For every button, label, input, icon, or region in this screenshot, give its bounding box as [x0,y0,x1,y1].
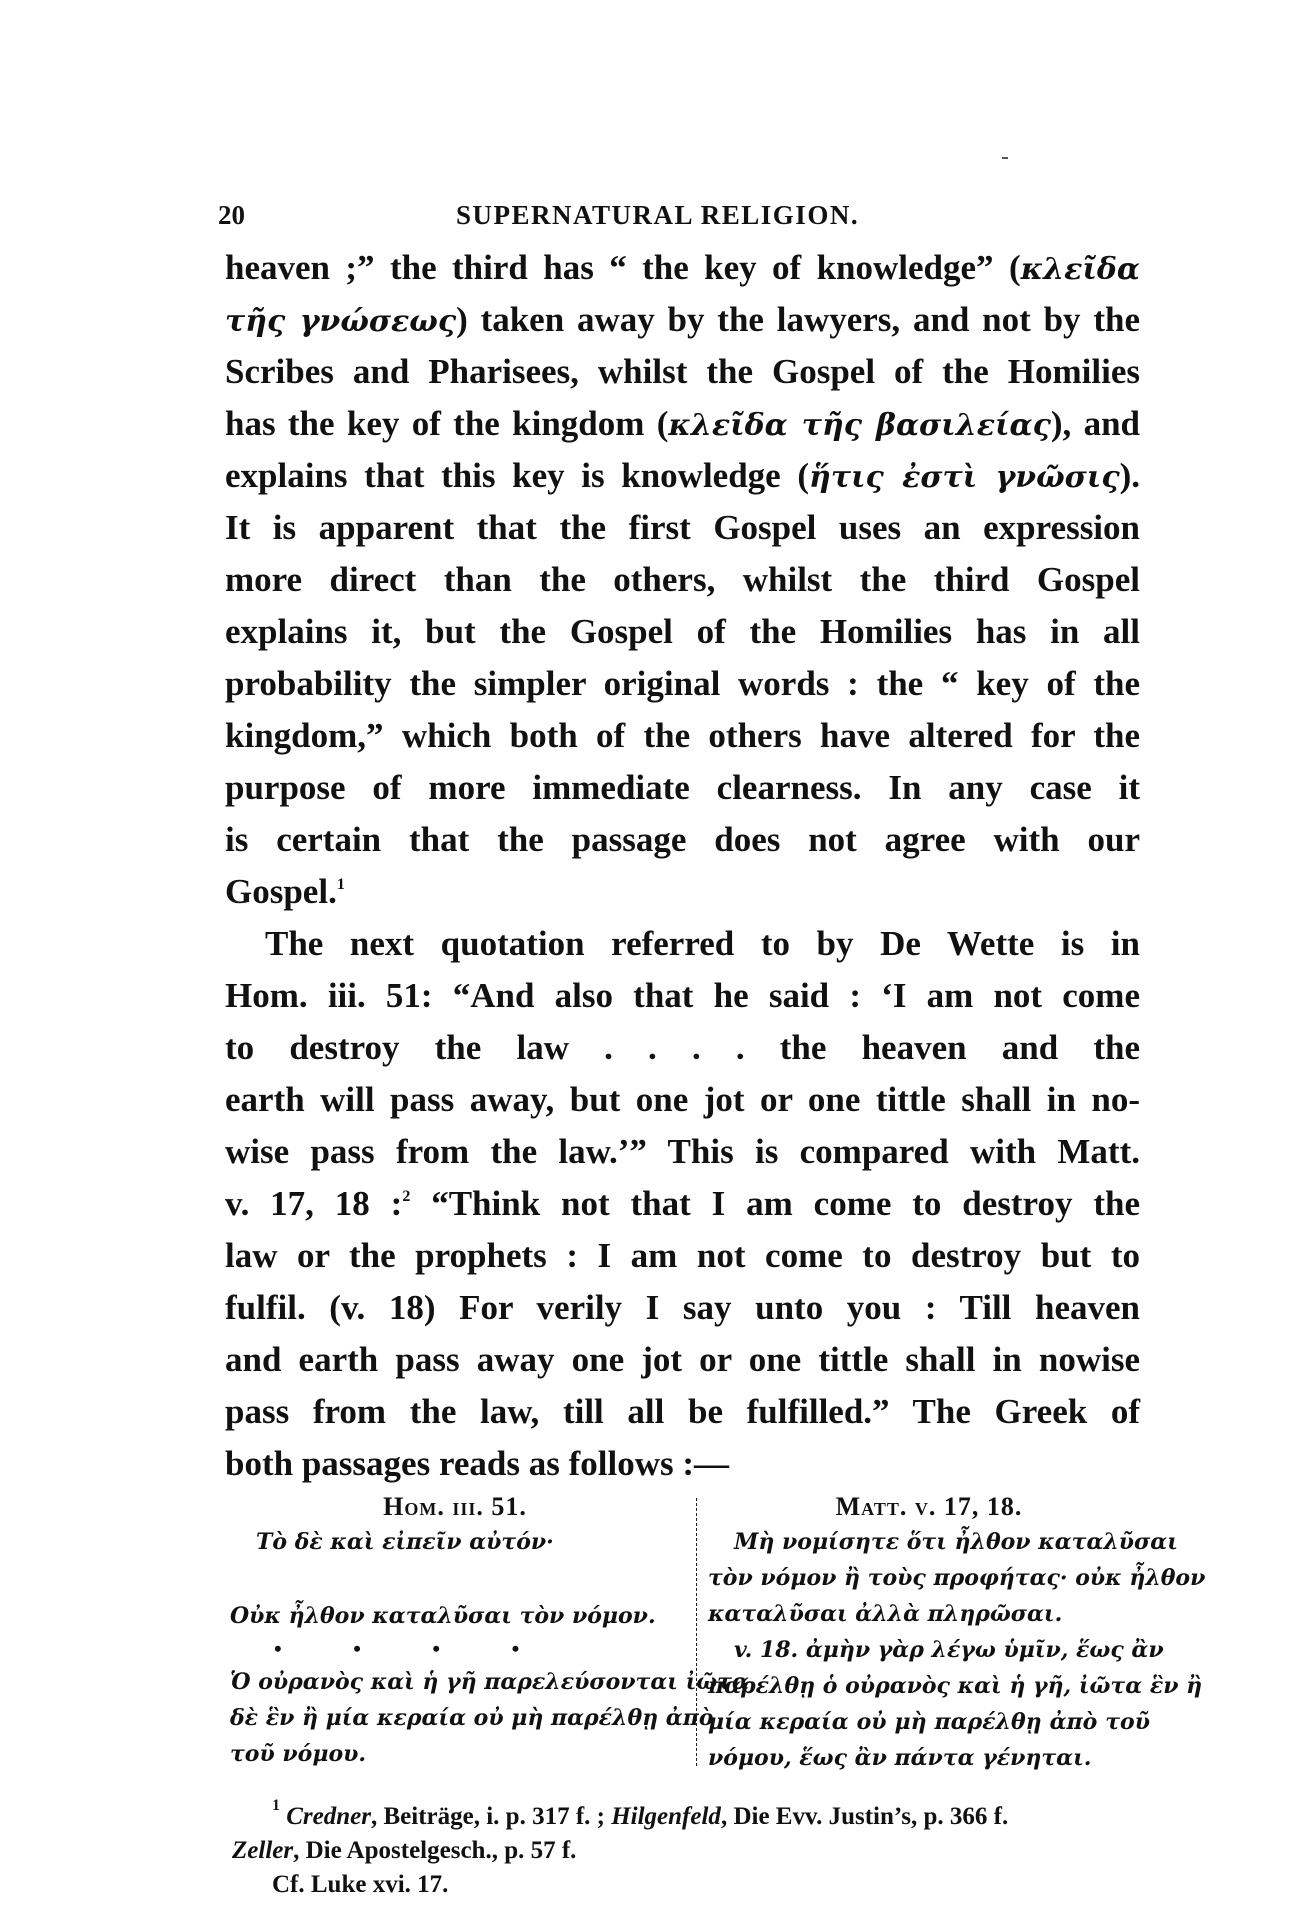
text-run: fulfil. (v. 18) For verily I say unto yo… [225,1288,1140,1327]
text-run: and earth pass away one jot or one tittl… [225,1340,1140,1379]
body-text: heaven ;” the third has “ the key of kno… [225,242,1140,1490]
text-run: kingdom,” which both of the others have … [225,716,1140,755]
text-run: heaven ;” the third has “ the key of kno… [225,248,1021,287]
greek-text: κλεῖδα [1021,252,1140,287]
greek-line: νόμου, ἕως ἂν πάντα γένηται. [708,1740,1150,1776]
scan-speck [1002,157,1008,159]
footnote-2: Cf. Luke xvi. 17. [232,1868,1152,1902]
text-line: heaven ;” the third has “ the key of kno… [225,242,1140,294]
text-run: It is apparent that the first Gospel use… [225,508,1140,547]
text-run: law or the prophets : I am not come to d… [225,1236,1140,1275]
column-divider [696,1498,698,1766]
text-line: explains it, but the Gospel of the Homil… [225,606,1140,658]
text-line: pass from the law, till all be fulfilled… [225,1386,1140,1438]
text-line: more direct than the others, whilst the … [225,554,1140,606]
greek-text: ἥτις ἐστὶ γνῶσις [809,460,1120,495]
text-line: and earth pass away one jot or one tittl… [225,1334,1140,1386]
greek-line: μία κεραία οὐ μὴ παρέλθῃ ἀπὸ τοῦ [708,1704,1150,1740]
greek-text: τῆς γνώσεως [225,304,456,339]
column-heading: Hom. iii. 51. [230,1490,680,1524]
text-run: Hom. iii. 51: “And also that he said : ‘… [225,976,1140,1015]
text-run: pass from the law, till all be fulfilled… [225,1392,1140,1431]
greek-line: Ὁ οὐρανὸς καὶ ἡ γῆ παρελεύσονται ἰῶτα [230,1664,680,1700]
text-run: explains that this key is knowledge ( [225,456,809,495]
text-line: probability the simpler original words :… [225,658,1140,710]
footnote-1-continued: Zeller, Die Apostelgesch., p. 57 f. [232,1834,1152,1868]
footnote-1: 1 Credner, Beiträge, i. p. 317 f. ; Hilg… [232,1800,1152,1834]
greek-line: δὲ ἓν ἢ μία κεραία οὐ μὴ παρέλθῃ ἀπὸ [230,1700,680,1736]
text-run: more direct than the others, whilst the … [225,560,1140,599]
text-line: Hom. iii. 51: “And also that he said : ‘… [225,970,1140,1022]
running-title: SUPERNATURAL RELIGION. [456,200,859,231]
text-line: Scribes and Pharisees, whilst the Gospel… [225,346,1140,398]
text-run: is certain that the passage does not agr… [225,820,1140,859]
text-line: τῆς γνώσεως) taken away by the lawyers, … [225,294,1140,346]
greek-line: Οὐκ ἦλθον καταλῦσαι τὸν νόμον. [230,1598,680,1634]
greek-line: καταλῦσαι ἀλλὰ πληρῶσαι. [708,1596,1150,1632]
text-run: to destroy the law . . . . the heaven an… [225,1028,1140,1067]
text-line: to destroy the law . . . . the heaven an… [225,1022,1140,1074]
text-line: purpose of more immediate clearness. In … [225,762,1140,814]
author-name: Zeller [232,1837,293,1864]
greek-line: Τὸ δὲ καὶ εἰπεῖν αὐτόν· [230,1524,680,1560]
text-run: has the key of the kingdom ( [225,404,668,443]
text-run: both passages reads as follows :— [225,1444,729,1483]
citation: , Die Evv. Justin’s, p. 366 f. [721,1803,1008,1830]
footnotes: 1 Credner, Beiträge, i. p. 317 f. ; Hilg… [232,1800,1152,1902]
greek-line: τοῦ νόμου. [230,1736,680,1772]
text-run: Scribes and Pharisees, whilst the Gospel… [225,352,1140,391]
text-run: ), and [1051,404,1140,443]
text-run: explains it, but the Gospel of the Homil… [225,612,1140,651]
greek-line: v. 18. ἀμὴν γὰρ λέγω ὑμῖν, ἕως ἂν [708,1632,1150,1668]
text-run: ) taken away by the lawyers, and not by … [456,300,1140,339]
greek-comparison: Hom. iii. 51. Τὸ δὲ καὶ εἰπεῖν αὐτόν· Οὐ… [230,1490,1150,1770]
text-run: probability the simpler original words :… [225,664,1140,703]
text-line: is certain that the passage does not agr… [225,814,1140,866]
text-line: explains that this key is knowledge (ἥτι… [225,450,1140,502]
page-number: 20 [218,200,245,231]
text-line: has the key of the kingdom (κλεῖδα τῆς β… [225,398,1140,450]
text-line: Gospel.1 [225,866,1140,918]
page-header: 20 SUPERNATURAL RELIGION. [218,200,1148,234]
text-run: wise pass from the law.’” This is compar… [225,1132,1140,1171]
author-name: Hilgenfeld [611,1803,721,1830]
citation: , Beiträge, i. p. 317 f. ; [371,1803,611,1830]
greek-line: παρέλθῃ ὁ οὐρανὸς καὶ ἡ γῆ, ἰῶτα ἓν ἢ [708,1668,1150,1704]
spacer [230,1560,680,1598]
footnote-marker: 1 [272,1797,280,1814]
text-run: v. 17, 18 : [225,1184,402,1223]
text-line: kingdom,” which both of the others have … [225,710,1140,762]
column-homilies: Hom. iii. 51. Τὸ δὲ καὶ εἰπεῖν αὐτόν· Οὐ… [230,1490,680,1772]
text-run: “Think not that I am come to destroy the [410,1184,1140,1223]
text-run: The next quotation referred to by De Wet… [265,924,1140,963]
text-line: v. 17, 18 :2 “Think not that I am come t… [225,1178,1140,1230]
greek-line: τὸν νόμον ἢ τοὺς προφήτας· οὐκ ἦλθον [708,1560,1150,1596]
citation: , Die Apostelgesch., p. 57 f. [293,1837,576,1864]
column-matthew: Matt. v. 17, 18. Μὴ νομίσητε ὅτι ἦλθον κ… [708,1490,1150,1776]
text-line: It is apparent that the first Gospel use… [225,502,1140,554]
author-name: Credner [286,1803,371,1830]
text-run: purpose of more immediate clearness. In … [225,768,1140,807]
column-heading: Matt. v. 17, 18. [708,1490,1150,1524]
text-line: law or the prophets : I am not come to d… [225,1230,1140,1282]
text-run: Gospel. [225,872,337,911]
text-run: ). [1120,456,1140,495]
ellipsis-dots: • • • • [230,1634,680,1664]
text-line: both passages reads as follows :— [225,1438,1140,1490]
text-line: earth will pass away, but one jot or one… [225,1074,1140,1126]
text-line: fulfil. (v. 18) For verily I say unto yo… [225,1282,1140,1334]
text-run: earth will pass away, but one jot or one… [225,1080,1140,1119]
text-line: The next quotation referred to by De Wet… [225,918,1140,970]
greek-line: Μὴ νομίσητε ὅτι ἦλθον καταλῦσαι [708,1524,1150,1560]
greek-text: κλεῖδα τῆς βασιλείας [668,408,1050,443]
footnote-ref: 1 [337,876,345,893]
text-line: wise pass from the law.’” This is compar… [225,1126,1140,1178]
